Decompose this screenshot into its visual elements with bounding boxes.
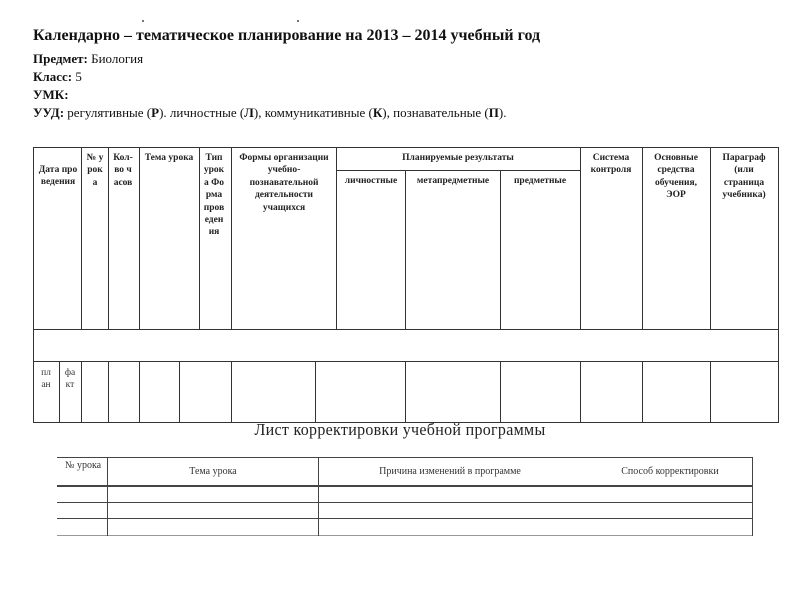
- header-forms: Формы организации учебно-познавательной …: [238, 152, 330, 214]
- col-topic: Тема урока: [110, 466, 316, 478]
- subject-value: Биология: [91, 51, 143, 66]
- uud-text: ), познавательные (: [382, 105, 488, 120]
- header-lesson-no: № урока: [85, 152, 105, 189]
- stray-dot: [297, 20, 299, 22]
- header-hours: Кол-во часов: [112, 152, 134, 189]
- class-value: 5: [75, 69, 82, 84]
- uud-text: ), коммуникативные (: [254, 105, 373, 120]
- subject-label: Предмет:: [33, 51, 88, 66]
- header-paragraph: Параграф (или страница учебника): [713, 152, 775, 202]
- subheader-plan: план: [39, 367, 53, 392]
- header-subject: предметные: [504, 175, 576, 187]
- uud-code-r: Р: [151, 105, 159, 120]
- umk-line: УМК:: [33, 87, 69, 103]
- col-method: Способ корректировки: [595, 466, 745, 478]
- col-lesson-no: № урока: [60, 460, 106, 472]
- uud-text: ).: [499, 105, 507, 120]
- header-date: Дата проведения: [38, 164, 78, 189]
- header-control: Система контроля: [584, 152, 638, 177]
- uud-code-k: К: [373, 105, 382, 120]
- uud-text: регулятивные (: [67, 105, 151, 120]
- correction-sheet-title: Лист корректировки учебной программы: [0, 422, 800, 441]
- uud-code-p: П: [489, 105, 499, 120]
- subheader-fact: факт: [63, 367, 77, 392]
- subject-line: Предмет: Биология: [33, 51, 143, 67]
- uud-line: УУД: регулятивные (Р). личностные (Л), к…: [33, 105, 506, 121]
- header-means: Основные средства обучения, ЭОР: [646, 152, 706, 202]
- col-reason: Причина изменений в программе: [330, 466, 570, 478]
- stray-dot: [142, 20, 144, 22]
- class-label: Класс:: [33, 69, 72, 84]
- uud-code-l: Л: [244, 105, 254, 120]
- header-meta: метапредметные: [410, 175, 496, 187]
- header-personal: личностные: [342, 175, 400, 187]
- class-line: Класс: 5: [33, 69, 82, 85]
- document-title: Календарно – тематическое планирование н…: [33, 27, 540, 45]
- uud-label: УУД:: [33, 105, 64, 120]
- header-lesson-type: Тип урока Форма проведения: [203, 152, 225, 239]
- uud-text: ). личностные (: [159, 105, 244, 120]
- header-topic: Тема урока: [143, 152, 195, 164]
- header-planned-results: Планируемые результаты: [340, 152, 576, 164]
- umk-label: УМК:: [33, 87, 69, 102]
